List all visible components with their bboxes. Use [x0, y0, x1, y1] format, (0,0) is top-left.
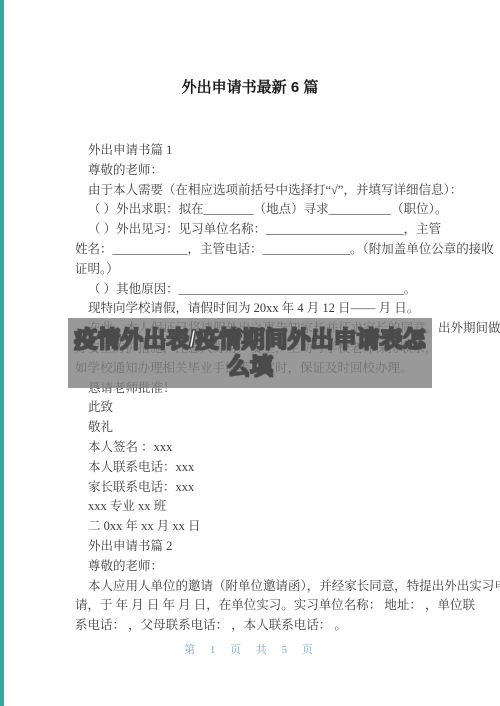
document-line: 外出申请书篇 1	[75, 141, 475, 161]
document-line: （ ）外出求职：拟在________（地点）寻求__________（职位）。	[75, 200, 475, 220]
document-line: （ ）其他原因：________________________________…	[75, 280, 475, 300]
document-line: 证明。）	[75, 260, 475, 280]
document-line: 本人联系电话：xxx	[75, 458, 475, 478]
document-line: xxx 专业 xx 班	[75, 497, 475, 517]
document-line: 本人签名 ：xxx	[75, 438, 475, 458]
document-line: 系电话： ，父母联系电话： ，本人联系电话： 。	[75, 616, 475, 636]
page-pagination: 第 1 页 共 5 页	[0, 641, 500, 657]
document-line: 姓名：____________，主管电话：______________。（附加盖…	[75, 240, 475, 260]
document-line: 现特向学校请假，请假时间为 20xx 年 4 月 12 日—— 月 日。	[75, 299, 475, 319]
document-line: 家长联系电话：xxx	[75, 478, 475, 498]
document-line: 由于本人需要（在相应选项前括号中选择打“√”，并填写详细信息）：	[75, 181, 475, 201]
document-line: （ ）外出见习：见习单位名称：______________________，主管	[75, 220, 475, 240]
document-line: 敬礼	[75, 418, 475, 438]
document-line: 尊敬的老师：	[75, 161, 475, 181]
document-line: 外出申请书篇 2	[75, 537, 475, 557]
document-line: 请，于 年 月 日 年 月 日，在单位实习。实习单位名称： 地址： ，单位联	[75, 596, 475, 616]
watermark-overlay-title: 疫情外出表/疫情期间外出申请表怎么填	[68, 326, 432, 380]
document-body: 外出申请书篇 1尊敬的老师：由于本人需要（在相应选项前括号中选择打“√”，并填写…	[75, 141, 475, 636]
page-title: 外出申请书最新 6 篇	[0, 76, 500, 97]
document-line: 本人应用人单位的邀请（附单位邀请函），并经家长同意，特提出外出实习申	[75, 577, 475, 597]
document-line: 尊敬的老师：	[75, 557, 475, 577]
document-line: 此致	[75, 398, 475, 418]
document-line: 二 0xx 年 xx 月 xx 日	[75, 517, 475, 537]
accent-stripe	[0, 0, 4, 706]
watermark-overlay-band: 疫情外出表/疫情期间外出申请表怎么填	[68, 318, 432, 388]
